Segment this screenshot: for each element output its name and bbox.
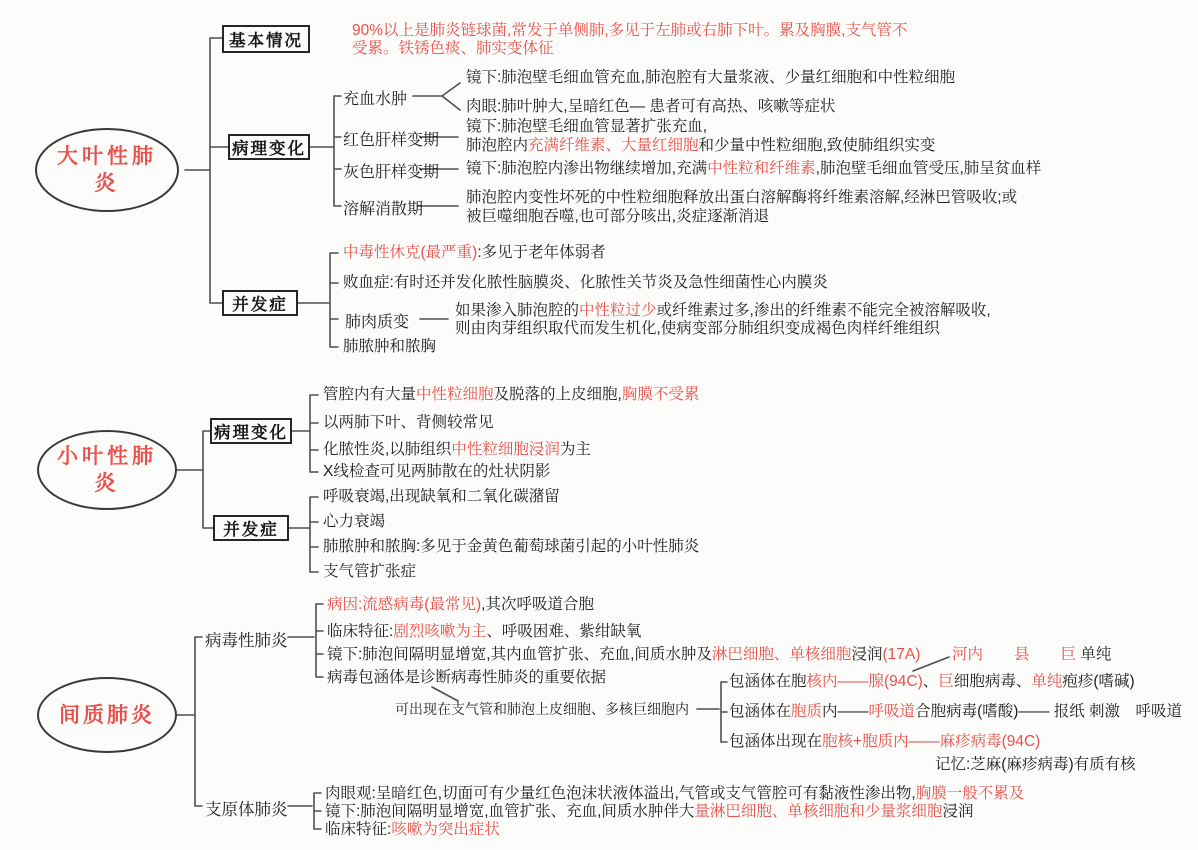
lobular-path-item-1: 管腔内有大量中性粒细胞及脱落的上皮细胞,胸膜不受累 — [323, 385, 699, 404]
node-lobular-pneumonia: 小叶性肺炎 — [37, 430, 177, 510]
stage-resolution-line1: 肺泡腔内变性坏死的中性粒细胞释放出蛋白溶解酶将纤维素溶解,经淋巴管吸收;或 — [466, 188, 1017, 207]
lobular-path-item-4: X线检查可见两肺散在的灶状阴影 — [323, 462, 550, 481]
inclusion-item-both: 包涵体出现在胞核+胞质内——麻疹病毒(94C) — [729, 732, 1040, 751]
lobar-basic-note: 90%以上是肺炎链球菌,常发于单侧肺,多见于左肺或右肺下叶。累及胸膜,支气管不受… — [352, 22, 920, 58]
comp-sepsis: 败血症:有时还并发化脓性脑膜炎、化脓性关节炎及急性细菌性心内膜炎 — [343, 273, 828, 292]
lobular-comp-item-1: 呼吸衰竭,出现缺氧和二氧化碳潴留 — [323, 487, 560, 506]
inclusion-intro: 可出现在支气管和肺泡上皮细胞、多核巨细胞内 — [395, 701, 689, 717]
node-basic-info: 基本情况 — [222, 25, 310, 53]
viral-item-clinical: 临床特征:剧烈咳嗽为主、呼吸困难、紫绀缺氧 — [327, 622, 641, 641]
inclusion-item-nuclear: 包涵体在胞核内——腺(94C)、巨细胞病毒、单纯疱疹(嗜碱) — [729, 672, 1135, 691]
node-lobar-complications: 并发症 — [222, 290, 298, 316]
stage-resolution-label: 溶解消散期 — [343, 196, 423, 219]
stage-resolution-line2: 被巨噬细胞吞噬,也可部分咳出,炎症逐渐消退 — [466, 207, 769, 226]
stage-congestion-label: 充血水肿 — [343, 86, 407, 109]
node-interstitial-pneumonia-label: 间质肺炎 — [42, 702, 172, 729]
stage-red-hepatization-line2: 肺泡腔内充满纤维素、大量红细胞和少量中性粒细胞,致使肺组织实变 — [466, 136, 935, 155]
node-lobar-pathology-label: 病理变化 — [232, 135, 306, 159]
node-lobar-complications-label: 并发症 — [232, 291, 288, 315]
stage-gray-hepatization-label: 灰色肝样变期 — [343, 159, 439, 182]
comp-toxic-shock: 中毒性休克(最严重):多见于老年体弱者 — [343, 243, 606, 262]
measles-memory-note: 记忆:芝麻(麻疹病毒)有质有核 — [935, 755, 1136, 774]
inclusion-item-cytoplasm: 包涵体在胞质内——呼吸道合胞病毒(嗜酸)—— 报纸 刺激 呼吸道 — [729, 702, 1182, 721]
node-basic-info-label: 基本情况 — [229, 27, 303, 51]
node-lobular-pneumonia-label: 小叶性肺炎 — [51, 443, 163, 497]
node-lobular-pathology: 病理变化 — [210, 418, 292, 444]
lobular-comp-item-3: 肺脓肿和脓胸:多见于金黄色葡萄球菌引起的小叶性肺炎 — [323, 537, 699, 556]
lobular-path-item-3: 化脓性炎,以肺组织中性粒细胞浸润为主 — [323, 440, 591, 459]
myco-item-gross: 肉眼观:呈暗红色,切面可有少量红色泡沫状液体溢出,气管或支气管腔可有黏液性渗出物… — [325, 784, 1024, 803]
myco-item-clinical: 临床特征:咳嗽为突出症状 — [325, 820, 500, 839]
viral-item-inclusion: 病毒包涵体是诊断病毒性肺炎的重要依据 — [327, 668, 606, 687]
node-lobar-pneumonia-label: 大叶性肺炎 — [51, 143, 163, 197]
lobular-comp-item-4: 支气管扩张症 — [323, 562, 416, 581]
stage-congestion-gross: 肉眼:肺叶肿大,呈暗红色— 患者可有高热、咳嗽等症状 — [466, 97, 835, 116]
stage-gray-hepatization-line: 镜下:肺泡腔内渗出物继续增加,充满中性粒和纤维素,肺泡壁毛细血管受压,肺呈贫血样 — [466, 159, 1041, 178]
node-interstitial-pneumonia: 间质肺炎 — [37, 677, 177, 753]
comp-carnification-line2: 则由肉芽组织取代而发生机化,使病变部分肺组织变成褐色肉样纤维组织 — [455, 319, 940, 338]
myco-item-micro: 镜下:肺泡间隔明显增宽,血管扩张、充血,间质水肿伴大量淋巴细胞、单核细胞和少量浆… — [325, 802, 973, 821]
node-lobular-pathology-label: 病理变化 — [214, 419, 288, 443]
viral-item-micro: 镜下:肺泡间隔明显增宽,其内血管扩张、充血,间质水肿及淋巴细胞、单核细胞浸润(1… — [327, 645, 920, 664]
stage-red-hepatization-label: 红色肝样变期 — [343, 127, 439, 150]
viral-item-etiology: 病因:流感病毒(最常见),其次呼吸道合胞 — [327, 595, 594, 614]
node-lobar-pneumonia: 大叶性肺炎 — [35, 128, 179, 212]
branch-mycoplasma-pneumonia: 支原体肺炎 — [205, 796, 288, 820]
inclusion-mnemonic-annotation: 河内 县 巨 单纯 — [952, 645, 1111, 664]
node-lobular-complications-label: 并发症 — [223, 516, 279, 540]
lobular-comp-item-2: 心力衰竭 — [323, 512, 385, 531]
comp-abscess: 肺脓肿和脓胸 — [343, 337, 436, 356]
branch-viral-pneumonia: 病毒性肺炎 — [205, 627, 288, 651]
lobular-path-item-2: 以两肺下叶、背侧较常见 — [323, 413, 494, 432]
mindmap-pneumonia: 大叶性肺炎 基本情况 90%以上是肺炎链球菌,常发于单侧肺,多见于左肺或右肺下叶… — [0, 0, 1198, 850]
node-lobular-complications: 并发症 — [213, 515, 289, 541]
node-lobar-pathology: 病理变化 — [228, 134, 310, 160]
stage-red-hepatization-line1: 镜下:肺泡壁毛细血管显著扩张充血, — [466, 117, 707, 136]
comp-carnification-line1: 如果渗入肺泡腔的中性粒过少或纤维素过多,渗出的纤维素不能完全被溶解吸收, — [455, 301, 991, 320]
comp-carnification-label: 肺肉质变 — [345, 309, 409, 332]
stage-congestion-micro: 镜下:肺泡壁毛细血管充血,肺泡腔有大量浆液、少量红细胞和中性粒细胞 — [466, 68, 955, 87]
